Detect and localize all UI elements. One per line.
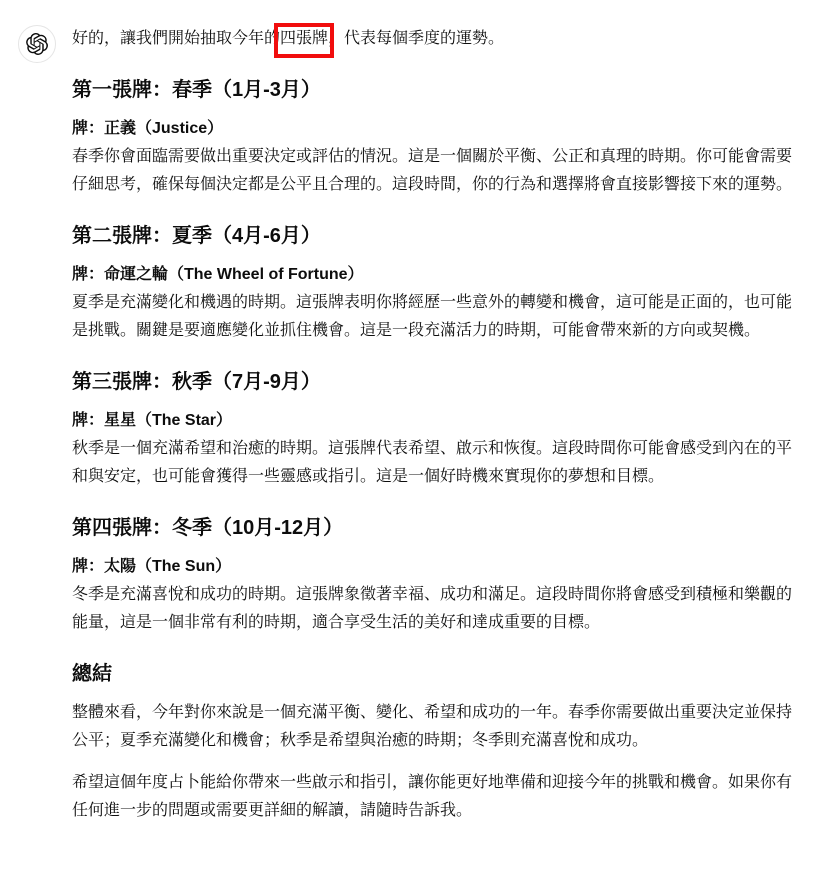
intro-text-before: 好的，讓我們開始抽取今年的 [72,30,280,47]
summary-paragraph: 整體來看，今年對你來說是一個充滿平衡、變化、希望和成功的一年。春季你需要做出重要… [72,699,792,755]
section-body: 牌：命運之輪（The Wheel of Fortune）夏季是充滿變化和機遇的時… [72,261,792,345]
card-name: 牌：正義（Justice） [72,120,223,137]
card-name: 牌：命運之輪（The Wheel of Fortune） [72,266,364,283]
section-autumn: 第三張牌：秋季（7月-9月） 牌：星星（The Star）秋季是一個充滿希望和治… [72,369,792,491]
card-description: 春季你會面臨需要做出重要決定或評估的情況。這是一個關於平衡、公正和真理的時期。你… [72,148,792,193]
message-content: 好的，讓我們開始抽取今年的四張牌，代表每個季度的運勢。 第一張牌：春季（1月-3… [72,25,792,825]
assistant-message: 好的，讓我們開始抽取今年的四張牌，代表每個季度的運勢。 第一張牌：春季（1月-3… [0,0,826,825]
card-name: 牌：太陽（The Sun） [72,558,231,575]
summary-paragraph: 希望這個年度占卜能給你帶來一些啟示和指引，讓你能更好地準備和迎接今年的挑戰和機會… [72,769,792,825]
chatgpt-logo-icon [26,33,48,55]
section-summary: 總結 整體來看，今年對你來說是一個充滿平衡、變化、希望和成功的一年。春季你需要做… [72,661,792,825]
card-description: 秋季是一個充滿希望和治癒的時期。這張牌代表希望、啟示和恢復。這段時間你可能會感受… [72,440,792,485]
card-description: 夏季是充滿變化和機遇的時期。這張牌表明你將經歷一些意外的轉變和機會，這可能是正面… [72,294,792,339]
section-body: 牌：正義（Justice）春季你會面臨需要做出重要決定或評估的情況。這是一個關於… [72,115,792,199]
card-name: 牌：星星（The Star） [72,412,232,429]
section-body: 牌：太陽（The Sun）冬季是充滿喜悅和成功的時期。這張牌象徵著幸福、成功和滿… [72,553,792,637]
intro-line: 好的，讓我們開始抽取今年的四張牌，代表每個季度的運勢。 [72,25,792,53]
section-heading: 第四張牌：冬季（10月-12月） [72,515,792,541]
chatgpt-avatar [18,25,56,63]
section-winter: 第四張牌：冬季（10月-12月） 牌：太陽（The Sun）冬季是充滿喜悅和成功… [72,515,792,637]
card-description: 冬季是充滿喜悅和成功的時期。這張牌象徵著幸福、成功和滿足。這段時間你將會感受到積… [72,586,792,631]
section-summer: 第二張牌：夏季（4月-6月） 牌：命運之輪（The Wheel of Fortu… [72,223,792,345]
section-heading: 第二張牌：夏季（4月-6月） [72,223,792,249]
section-heading: 第一張牌：春季（1月-3月） [72,77,792,103]
intro-text-after: ，代表每個季度的運勢。 [328,30,504,47]
summary-heading: 總結 [72,661,792,687]
section-heading: 第三張牌：秋季（7月-9月） [72,369,792,395]
section-body: 牌：星星（The Star）秋季是一個充滿希望和治癒的時期。這張牌代表希望、啟示… [72,407,792,491]
highlight-box: 四張牌 [274,23,334,58]
section-spring: 第一張牌：春季（1月-3月） 牌：正義（Justice）春季你會面臨需要做出重要… [72,77,792,199]
